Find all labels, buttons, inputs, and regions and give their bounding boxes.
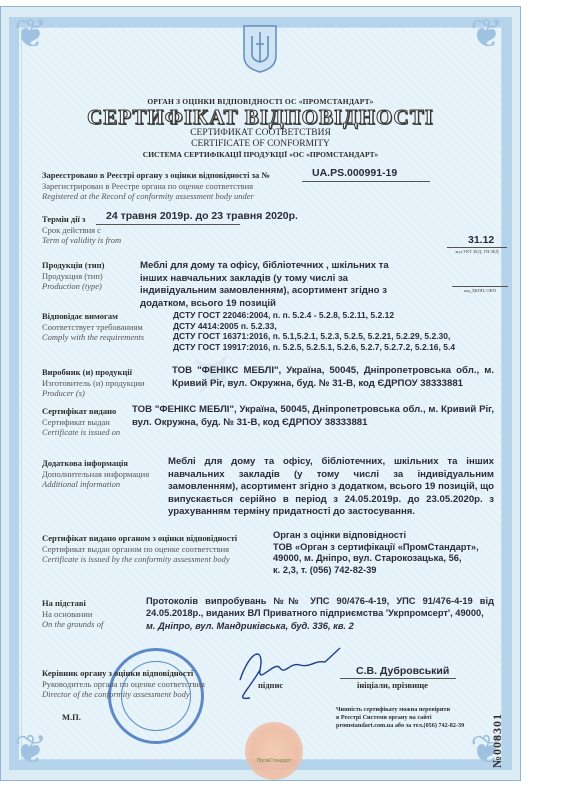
producer-label: Виробник (и) продукції Изготовитель (и) … <box>42 367 145 399</box>
additional-info-label: Додаткова інформація Дополнительная инфо… <box>42 458 149 490</box>
requirement-line: ДСТУ ГОСТ 22046:2004, п. п. 5.2.4 - 5.2.… <box>173 310 455 321</box>
hologram-label: ПромСтандарт <box>245 758 303 764</box>
requirement-line: ДСТУ ГОСТ 19917:2016, п. 5.2.5, 5.2.5.1,… <box>173 342 455 353</box>
title-en: CERTIFICATE OF CONFORMITY <box>0 139 521 149</box>
requirements-label: Відповідає вимогам Соответствует требова… <box>42 311 144 343</box>
certification-system: СИСТЕМА СЕРТИФІКАЦІЇ ПРОДУКЦІЇ «ОС «ПРОМ… <box>0 150 521 159</box>
product-label: Продукція (тип) Продукция (тип) Producti… <box>42 260 104 292</box>
requirement-line: ДСТУ ГОСТ 16371:2016, п. 5.1,5.2.1, 5.2.… <box>173 331 455 342</box>
grounds-value: Протоколів випробувань №№ УПС 90/476-4-1… <box>146 596 494 620</box>
page-title: СЕРТИФІКАТ ВІДПОВІДНОСТІ <box>0 105 521 130</box>
producer-value: ТОВ "ФЕНІКС МЕБЛІ", Україна, 50045, Дніп… <box>172 365 494 390</box>
ukt-zed-code: 31.12 <box>468 234 494 247</box>
issued-to-value: ТОВ "ФЕНІКС МЕБЛІ", Україна, 50045, Дніп… <box>132 404 494 429</box>
signature-caption: підпис <box>258 680 283 691</box>
seal-mark: М.П. <box>62 712 81 723</box>
title-ru: СЕРТИФИКАТ СООТВЕТСТВИЯ <box>0 128 521 138</box>
issued-by-label: Сертифікат видано органом з оцінки відпо… <box>42 533 237 565</box>
corner-ornament-icon: ❦ <box>14 730 48 770</box>
verification-note: Чинність сертифікату можна перевірити в … <box>336 706 464 730</box>
ukt-zed-underline <box>447 247 507 248</box>
registration-label: Зареєстровано в Реєстрі органу з оцінки … <box>42 170 270 202</box>
validity-period: 24 травня 2019р. до 23 травня 2020р. <box>106 210 298 223</box>
corner-ornament-icon: ❦ <box>470 14 504 54</box>
requirements-list: ДСТУ ГОСТ 22046:2004, п. п. 5.2.4 - 5.2.… <box>173 310 455 352</box>
requirement-line: ДСТУ 4414:2005 п. 5.2.33, <box>173 321 455 332</box>
registration-underline <box>302 181 430 182</box>
grounds-address: м. Дніпро, вул. Мандриківська, буд. 336,… <box>146 620 354 633</box>
validity-underline <box>96 224 240 225</box>
dkpp-caption: код ДКПП, ОКП <box>450 288 510 293</box>
serial-number: №008301 <box>490 713 505 768</box>
name-underline <box>340 678 456 679</box>
additional-info-value: Меблі для дому та офісу, бібліотечних, ш… <box>168 456 494 519</box>
grounds-label: На підставі На основании On the grounds … <box>42 598 103 630</box>
hologram-sticker <box>245 722 303 780</box>
issued-by-value: Орган з оцінки відповідності ТОВ «Орган … <box>273 530 479 576</box>
product-value: Меблі для дому та офісу, бібліотечних , … <box>140 260 398 310</box>
registration-number: UA.PS.000991-19 <box>312 167 397 180</box>
issued-to-label: Сертифікат видано Сертификат выдан Certi… <box>42 406 120 438</box>
signature-icon <box>230 640 350 700</box>
coat-of-arms-icon <box>240 22 280 74</box>
dkpp-underline <box>452 286 508 287</box>
signatory-name: С.В. Дубровський <box>356 665 449 678</box>
ukt-zed-caption: код УКТ ЗЕД, ТН ЗЕД <box>445 249 509 254</box>
corner-ornament-icon: ❦ <box>14 14 48 54</box>
director-label: Керівник органу з оцінки відповідності Р… <box>42 668 205 700</box>
page-margin <box>521 6 566 781</box>
name-caption: ініціали, прізвище <box>357 680 428 691</box>
